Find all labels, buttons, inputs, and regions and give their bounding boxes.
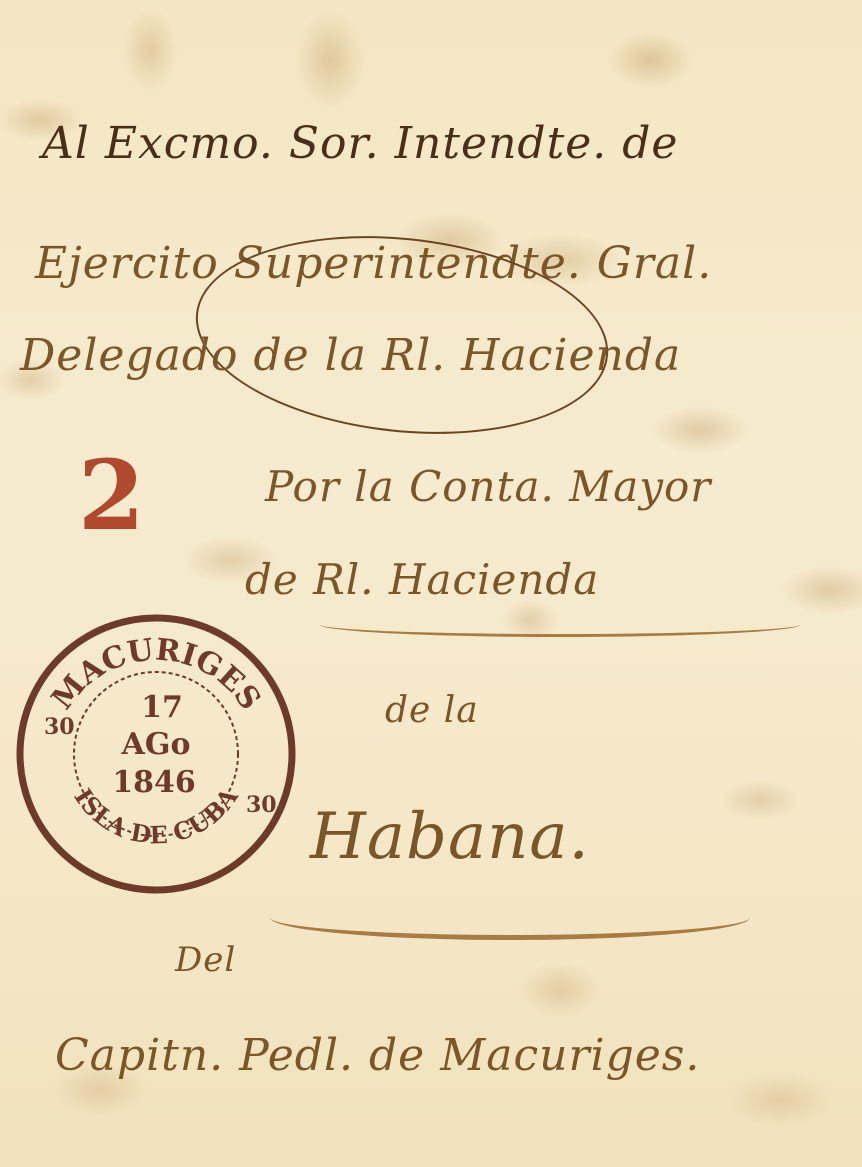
address-line-5: de Rl. Hacienda	[245, 555, 599, 604]
address-line-1: Al Excmo. Sor. Intendte. de	[42, 118, 678, 169]
postmark-side-left: 30	[44, 714, 75, 740]
address-line-7: Habana.	[310, 800, 590, 874]
postmark-side-right: 30	[246, 792, 277, 818]
postmark-stamp: MACURIGES ISLA DE CUBA 30 30 17 AGo 1846	[14, 612, 298, 896]
postmark-year: 1846	[112, 765, 196, 800]
address-line-6: de la	[385, 690, 479, 731]
rate-marking-2: 2	[78, 448, 145, 544]
postmark-month: AGo	[121, 727, 191, 762]
address-line-3: Delegado de la Rl. Hacienda	[20, 330, 681, 381]
flourish-underline-1	[320, 612, 800, 637]
flourish-underline-2	[270, 895, 750, 940]
address-line-8: Del	[175, 940, 236, 980]
postmark-day: 17	[141, 690, 183, 725]
address-line-4: Por la Conta. Mayor	[265, 462, 711, 511]
letter-cover: Al Excmo. Sor. Intendte. de Ejercito Sup…	[0, 0, 862, 1167]
address-line-9: Capitn. Pedl. de Macuriges.	[55, 1030, 700, 1081]
